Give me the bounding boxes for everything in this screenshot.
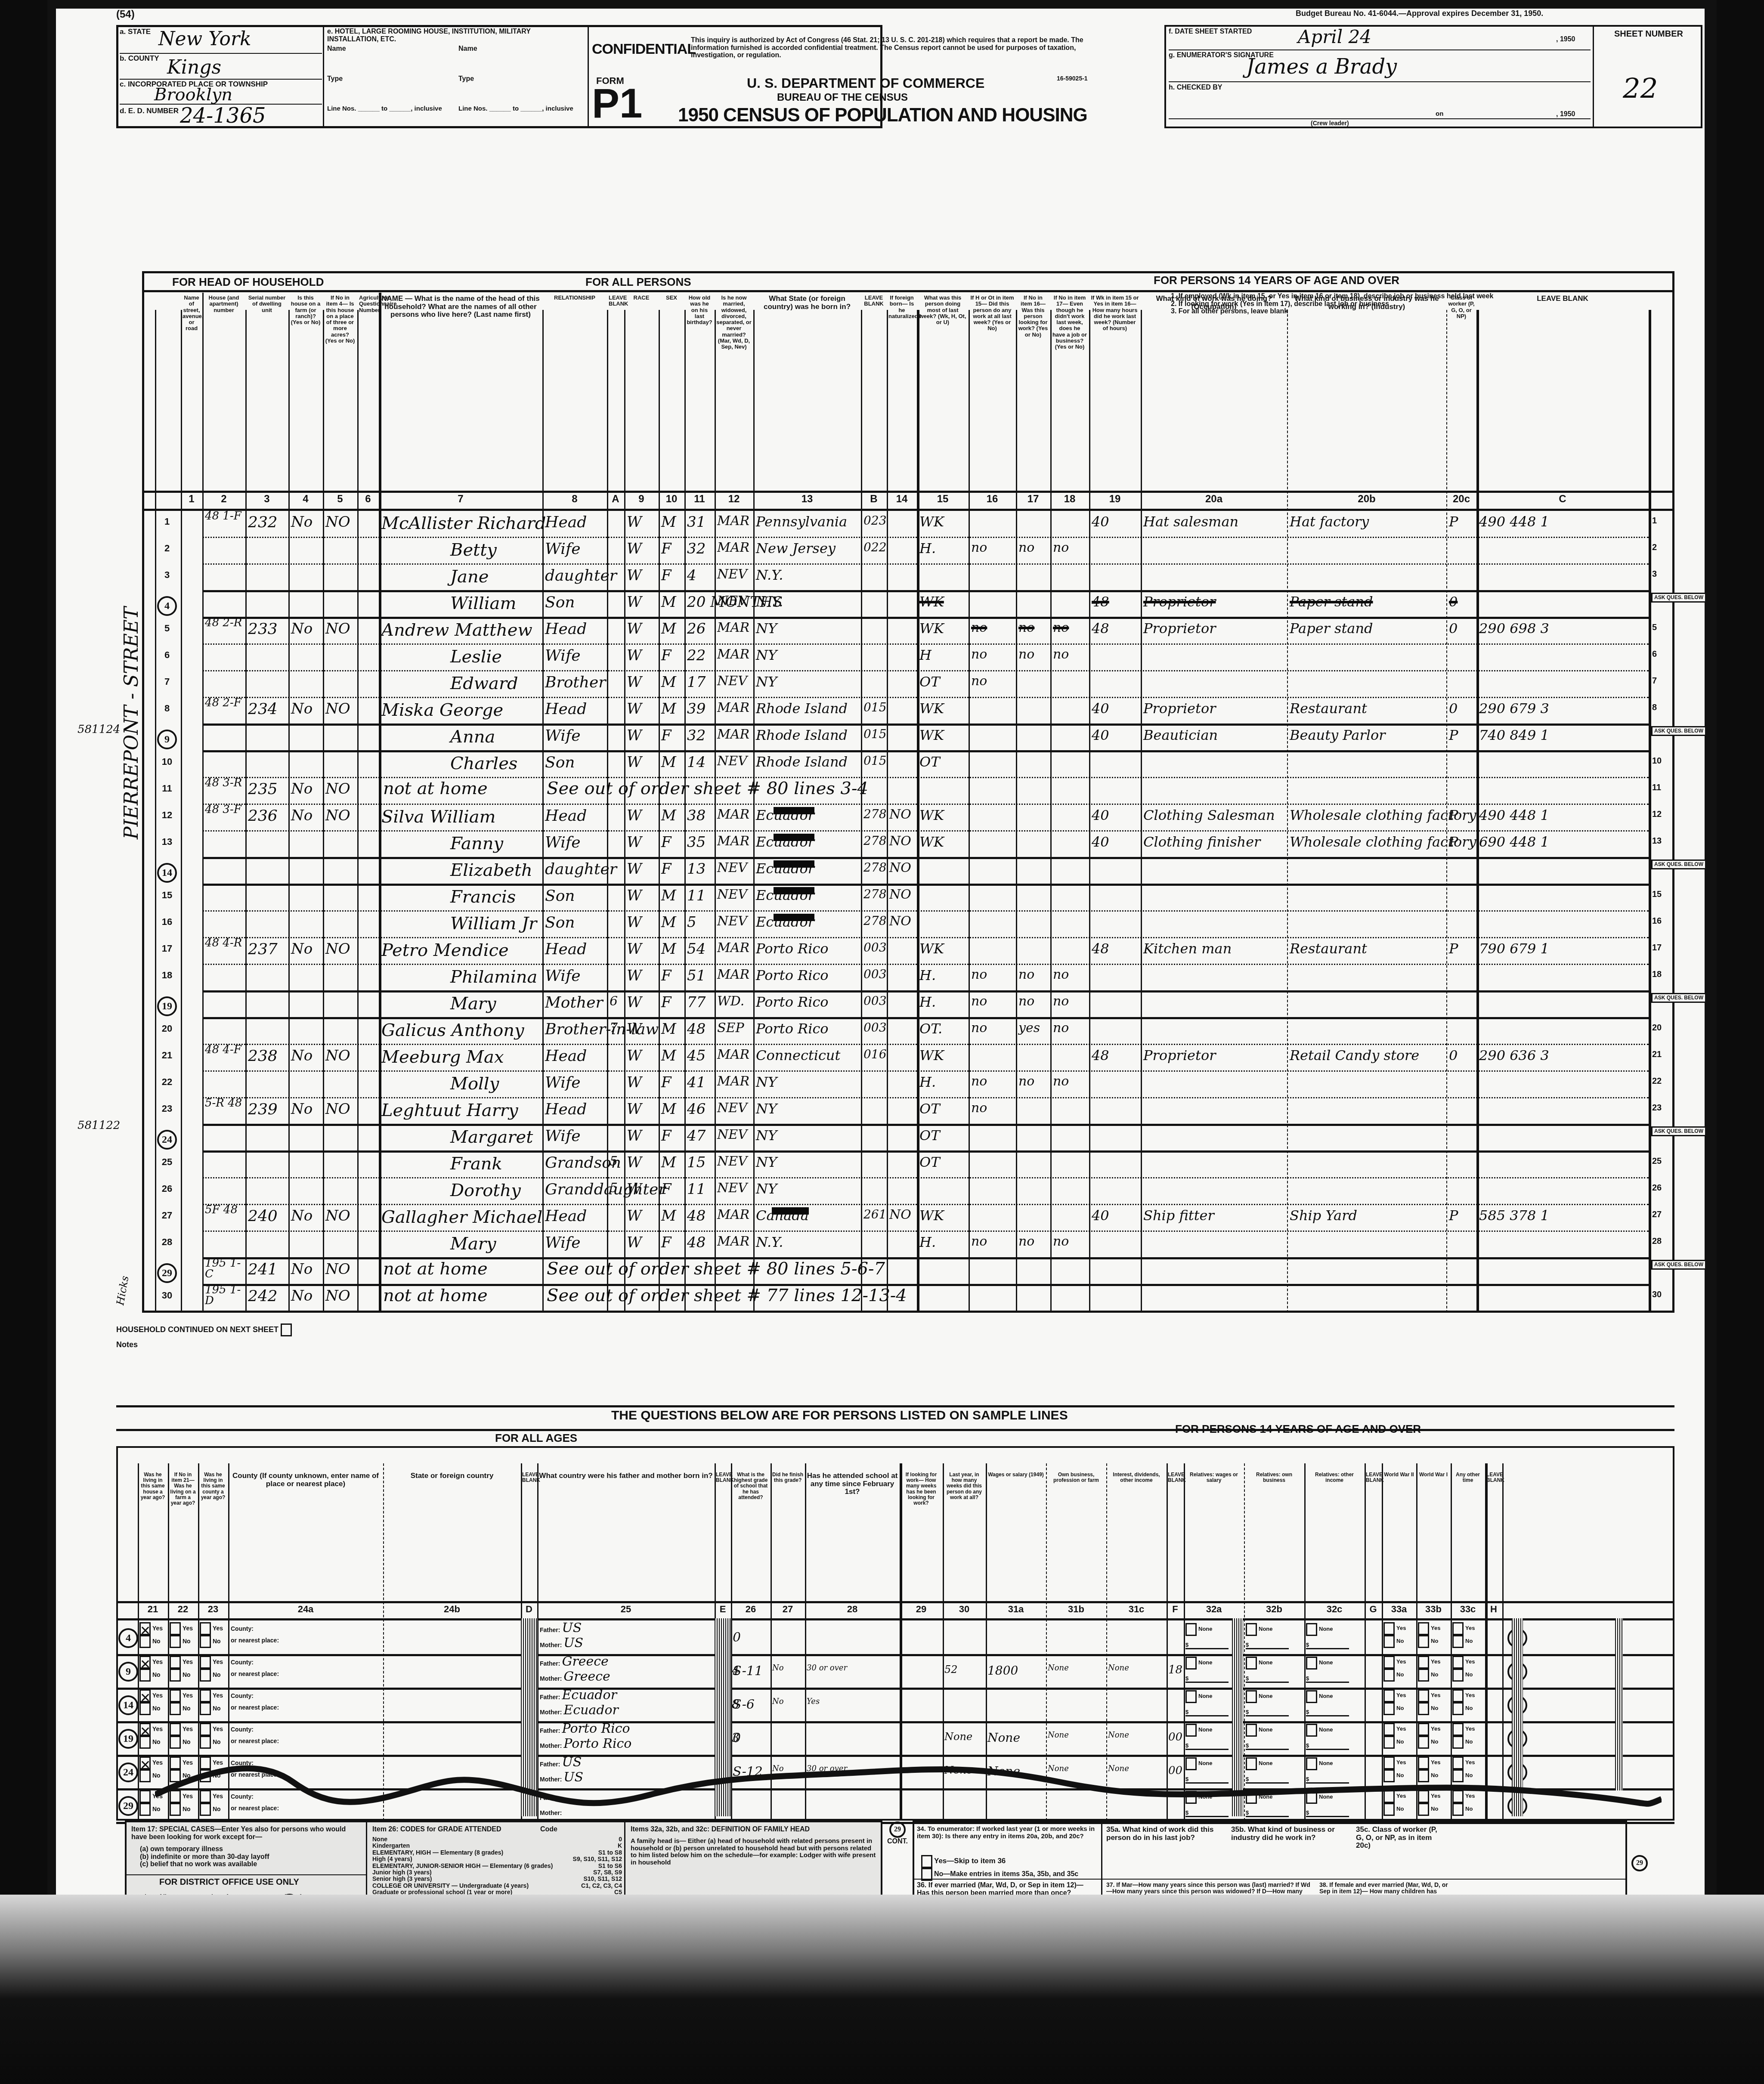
no-checkbox[interactable] (139, 1702, 151, 1715)
sample-weeks-worked-cell: 52 (944, 1663, 958, 1676)
sample-line-marker: 19 (157, 996, 177, 1016)
armed-forces-checkboxes[interactable]: YesNo (1418, 1723, 1440, 1749)
apt-cell: 5-R 48 (205, 1098, 244, 1109)
age-cell: 39 (687, 700, 706, 717)
column-number-12: 12 (715, 493, 753, 505)
b-cell: 003 (863, 994, 886, 1008)
acres-cell: NO (325, 807, 350, 824)
grade-code-item: KindergartenK (372, 1843, 622, 1849)
armed-forces-checkboxes[interactable]: YesNo (1418, 1622, 1440, 1648)
relatives-income-field[interactable]: None$ (1306, 1657, 1349, 1683)
relatives-income-field[interactable]: None$ (1185, 1623, 1229, 1649)
birthplace-cell: Porto Rico (756, 994, 829, 1010)
grid-line (288, 310, 290, 1313)
line-number-right: 6 (1652, 649, 1669, 659)
sample-column-header-27: Did he finish this grade? (772, 1472, 804, 1483)
race-cell: W (627, 807, 642, 824)
q34-text: 34. To enumerator: If worked last year (… (917, 1826, 1098, 1840)
hours-cell: 40 (1092, 513, 1109, 530)
household-continued-checkbox[interactable] (281, 1323, 292, 1336)
birthplace-cell: Rhode Island (756, 754, 848, 770)
line-number: 14 (155, 863, 179, 883)
no-checkbox[interactable] (170, 1702, 181, 1715)
none-checkbox[interactable] (1246, 1657, 1257, 1670)
armed-forces-checkboxes[interactable]: YesNo (1452, 1622, 1475, 1648)
struck-class-cell: 0 (1449, 594, 1458, 610)
confidential-text: This inquiry is authorized by Act of Con… (691, 37, 1113, 59)
sample-column-header-24b: State or foreign country (384, 1472, 520, 1480)
race-cell: W (627, 1181, 642, 1198)
serial-cell: 232 (248, 513, 278, 531)
ed-number-value: 24-1365 (180, 104, 266, 128)
sample-column-number-21: 21 (138, 1604, 168, 1615)
class-cell: P (1449, 834, 1458, 850)
farm-cell: No (291, 1047, 313, 1064)
marital-cell: NEV (717, 1127, 747, 1142)
rel-cell: Head (545, 700, 587, 718)
birthplace-cell: Ecuador (756, 807, 814, 823)
column-header-2: House (and apartment) number (204, 295, 244, 313)
armed-forces-checkboxes[interactable]: YesNo (1418, 1689, 1440, 1715)
no-checkbox[interactable] (1383, 1669, 1395, 1682)
grid-line (887, 310, 888, 1313)
marital-cell: MAR (717, 940, 749, 955)
yes-checkbox[interactable] (139, 1656, 151, 1669)
serial-cell: 234 (248, 700, 278, 718)
activity-cell: WK (919, 513, 944, 530)
relatives-income-field[interactable]: None$ (1185, 1657, 1229, 1683)
q18-cell: no (1053, 540, 1069, 555)
yes-no-checkboxes[interactable]: YesNo (139, 1656, 163, 1682)
yes-checkbox[interactable] (1452, 1689, 1464, 1702)
sex-cell: M (661, 1154, 676, 1171)
column-header-15: What was this person doing most of last … (919, 295, 967, 325)
grid-line (379, 293, 381, 1313)
yes-checkbox[interactable] (170, 1622, 181, 1635)
section-all-persons: FOR ALL PERSONS (585, 275, 691, 289)
age-cell: 31 (687, 513, 706, 531)
name-cell: Miska George (381, 700, 503, 720)
yes-checkbox[interactable] (170, 1723, 181, 1736)
armed-forces-checkboxes[interactable]: YesNo (1383, 1723, 1406, 1749)
sample-business-cell: None (1048, 1731, 1069, 1740)
no-checkbox[interactable] (1452, 1702, 1464, 1715)
table-row: 121248 3-F236NoNOSilva WilliamHeadWM38MA… (56, 804, 1705, 830)
race-cell: W (627, 914, 642, 931)
yes-checkbox[interactable] (1418, 1689, 1429, 1702)
yes-checkbox[interactable] (170, 1689, 181, 1702)
line-number: 21 (155, 1050, 179, 1061)
yes-no-checkboxes[interactable]: YesNo (170, 1723, 193, 1749)
no-checkbox[interactable] (139, 1769, 151, 1782)
table-row: 2525FrankGrandson5WM15NEVNYOT (56, 1150, 1705, 1177)
race-cell: W (627, 1101, 642, 1118)
no-checkbox[interactable] (170, 1736, 181, 1749)
yes-no-checkboxes[interactable]: YesNo (139, 1622, 163, 1648)
column-number-13: 13 (753, 493, 861, 505)
table-row: 66LeslieWifeWF22MARNYHnonono (56, 643, 1705, 670)
yes-no-checkboxes[interactable]: YesNo (200, 1656, 223, 1682)
no-checkbox[interactable] (139, 1635, 151, 1648)
sex-cell: M (661, 1020, 676, 1038)
rel-cell: Wife (545, 1127, 581, 1145)
age-cell: 11 (687, 887, 706, 904)
relatives-income-field[interactable]: None$ (1246, 1623, 1289, 1649)
marital-cell: MAR (717, 967, 749, 982)
sheet-number-label: SHEET NUMBER (1606, 29, 1692, 39)
code-cell: 490 448 1 (1479, 513, 1549, 530)
armed-forces-checkboxes[interactable]: YesNo (1383, 1656, 1406, 1682)
marital-cell: MAR (717, 807, 749, 822)
race-cell: W (627, 513, 642, 531)
name-cell: Fanny (381, 834, 503, 853)
grid-line (917, 310, 919, 1313)
rel-cell: Head (545, 807, 587, 825)
yes-checkbox[interactable] (139, 1790, 151, 1803)
no-checkbox[interactable] (1452, 1669, 1464, 1682)
cont-marker: 29 CONT. (885, 1821, 910, 1846)
b-cell: 003 (863, 940, 886, 955)
table-row: 2828MaryWifeWF48MARN.Y.H.nonono (56, 1231, 1705, 1257)
relatives-income-field[interactable]: None$ (1246, 1724, 1289, 1750)
no-checkbox[interactable] (200, 1736, 211, 1749)
none-checkbox[interactable] (1185, 1657, 1197, 1670)
code-cell: 740 849 1 (1479, 727, 1549, 743)
birthplace-cell: NY (756, 1074, 777, 1090)
column-header-13: What State (or foreign country) was he b… (755, 295, 859, 311)
q18-cell: no (1053, 1234, 1069, 1249)
armed-forces-checkboxes[interactable]: YesNo (1452, 1723, 1475, 1749)
county-field[interactable]: County:or nearest place: (231, 1623, 279, 1646)
yes-checkbox[interactable] (139, 1689, 151, 1702)
column-number-20a: 20a (1141, 493, 1287, 505)
hours-cell: 40 (1092, 834, 1109, 850)
no-checkbox[interactable] (1383, 1736, 1395, 1749)
q34-yes[interactable]: Yes—Skip to item 36 (921, 1855, 1006, 1868)
yes-no-checkboxes[interactable]: YesNo (170, 1622, 193, 1648)
none-checkbox[interactable] (1306, 1657, 1317, 1670)
column-header-4: Is this house on a farm (or ranch)? (Yes… (290, 295, 321, 325)
county-field[interactable]: County:or nearest place: (231, 1657, 279, 1679)
no-checkbox[interactable] (170, 1669, 181, 1682)
no-checkbox[interactable] (139, 1669, 151, 1682)
hours-cell: 40 (1092, 700, 1109, 717)
serial-cell: 239 (248, 1101, 278, 1118)
armed-forces-checkboxes[interactable]: YesNo (1452, 1656, 1475, 1682)
armed-forces-checkboxes[interactable]: YesNo (1418, 1656, 1440, 1682)
line-number-right: 28 (1652, 1237, 1669, 1246)
no-checkbox[interactable] (1452, 1736, 1464, 1749)
name-cell: Leslie (381, 647, 502, 667)
acres-cell: NO (325, 1207, 350, 1224)
none-checkbox[interactable] (1306, 1690, 1317, 1703)
acres-cell: NO (325, 1101, 350, 1118)
sample-column-number-29: 29 (900, 1604, 943, 1615)
no-checkbox[interactable] (1383, 1702, 1395, 1715)
no-checkbox[interactable] (200, 1669, 211, 1682)
yes-checkbox[interactable] (1452, 1723, 1464, 1736)
name-cell: not at home (383, 1286, 488, 1305)
yes-checkbox[interactable] (1418, 1622, 1429, 1635)
sample-column-header-23: Was he living in this same county a year… (199, 1472, 227, 1500)
grid-line (1649, 310, 1651, 1313)
father-birthplace: Ecuador (562, 1688, 617, 1703)
line-number-right: 5 (1652, 623, 1669, 633)
no-checkbox[interactable] (1418, 1635, 1429, 1648)
date-label: f. DATE SHEET STARTED (1169, 28, 1252, 36)
sex-cell: F (661, 1074, 672, 1091)
no-checkbox[interactable] (1418, 1702, 1429, 1715)
armed-forces-checkboxes[interactable]: YesNo (1452, 1689, 1475, 1715)
marital-cell: NEV (717, 1154, 747, 1169)
sample-q28-cell: Yes (807, 1697, 820, 1706)
farm-cell: No (291, 780, 313, 798)
county-field[interactable]: County:or nearest place: (231, 1690, 279, 1713)
relatives-income-field[interactable]: None$ (1246, 1657, 1289, 1683)
race-cell: W (627, 1234, 642, 1251)
yes-checkbox[interactable] (1418, 1723, 1429, 1736)
yes-checkbox[interactable] (200, 1689, 211, 1702)
divider (323, 26, 324, 128)
yes-no-checkboxes[interactable]: YesNo (139, 1723, 163, 1749)
line-number: 11 (155, 783, 179, 794)
column-number-6: 6 (357, 493, 379, 505)
none-checkbox[interactable] (1306, 1724, 1317, 1737)
farm-cell: No (291, 700, 313, 717)
q17-cell: yes (1018, 1020, 1040, 1036)
armed-forces-checkboxes[interactable]: YesNo (1383, 1622, 1406, 1648)
sample-column-number-30: 30 (943, 1604, 986, 1615)
sample-weeks-worked-cell: None (944, 1731, 972, 1743)
no-checkbox[interactable] (139, 1803, 151, 1816)
yes-checkbox[interactable] (1383, 1656, 1395, 1669)
yes-checkbox[interactable] (170, 1656, 181, 1669)
line-number-right: 21 (1652, 1050, 1669, 1060)
struck-hours-cell: 48 (1092, 594, 1109, 610)
sample-line-29-marker: 29 (1631, 1855, 1648, 1871)
yes-checkbox[interactable] (139, 1723, 151, 1736)
marital-cell: NEV (717, 754, 747, 769)
line-number-right: 22 (1652, 1076, 1669, 1086)
yes-no-checkboxes[interactable]: YesNo (200, 1689, 223, 1715)
activity-cell: WK (919, 620, 944, 637)
no-checkbox[interactable] (200, 1702, 211, 1715)
hotel-name-label: Name (327, 45, 346, 53)
activity-cell: H. (919, 967, 936, 983)
none-checkbox[interactable] (1306, 1623, 1317, 1636)
table-row: 8848 2-F234NoNOMiska GeorgeHeadWM39MARRh… (56, 697, 1705, 724)
industry-cell: Paper stand (1290, 620, 1373, 637)
title-block: CONFIDENTIAL This inquiry is authorized … (592, 28, 1164, 127)
yes-checkbox[interactable] (1452, 1656, 1464, 1669)
armed-forces-checkboxes[interactable]: YesNo (1383, 1689, 1406, 1715)
household-continued-label: HOUSEHOLD CONTINUED ON NEXT SHEET (116, 1325, 279, 1334)
birthplace-cell: New Jersey (756, 540, 836, 557)
b-cell: 003 (863, 1020, 886, 1035)
age-cell: 51 (687, 967, 706, 984)
sample-column-header-33c: Any other time (1452, 1472, 1484, 1483)
yes-checkbox[interactable] (1452, 1622, 1464, 1635)
sample-column-number-24b: 24b (383, 1604, 521, 1615)
scan-border-right (1717, 0, 1764, 2084)
yes-checkbox[interactable] (1383, 1622, 1395, 1635)
column-header-c: LEAVE BLANK (1478, 295, 1647, 303)
name-cell: Anna (381, 727, 495, 747)
column-header-a: LEAVE BLANK (609, 295, 622, 307)
yes-checkbox[interactable] (1418, 1656, 1429, 1669)
sample-row: 1919YesNoYesNoYesNoCounty:or nearest pla… (56, 1721, 1705, 1755)
sex-cell: M (661, 1207, 676, 1224)
grid-line (323, 310, 324, 1313)
occupation-cell: Clothing Salesman (1143, 807, 1275, 823)
none-checkbox[interactable] (1246, 1724, 1257, 1737)
rel-cell: Wife (545, 967, 581, 985)
nat-cell: NO (889, 834, 911, 849)
farm-cell: No (291, 1101, 313, 1118)
grade-code-header: Code (540, 1826, 557, 1834)
name-cell: Galicus Anthony (381, 1020, 524, 1040)
sample-column-number-f: F (1167, 1604, 1184, 1615)
relatives-income-field[interactable]: None$ (1246, 1690, 1289, 1716)
marital-cell: NEV (717, 860, 747, 875)
sample-column-number-22: 22 (168, 1604, 198, 1615)
table-row: 1010CharlesSonWM14NEVRhode Island015OT (56, 750, 1705, 777)
table-row-sample-line: ASK QUES. BELOW24MargaretWifeWF47NEVNYOT (56, 1124, 1705, 1150)
table-row-sample-line: ASK QUES. BELOW29not at homeSee out of o… (56, 1257, 1705, 1284)
hours-cell: 40 (1092, 807, 1109, 823)
relatives-income-field[interactable]: None$ (1185, 1724, 1229, 1750)
yes-checkbox[interactable] (139, 1622, 151, 1635)
rel-cell: Son (545, 914, 575, 931)
strike-out-line (155, 1756, 1662, 1816)
column-header-6: Agriculture Questionnaire Number (359, 295, 377, 313)
hotel-name-label-2: Name (458, 45, 477, 53)
no-checkbox[interactable] (139, 1736, 151, 1749)
name-cell: Margaret (381, 1127, 533, 1147)
yes-checkbox[interactable] (200, 1656, 211, 1669)
corner-code: (54) (116, 9, 135, 21)
age-cell: 32 (687, 540, 706, 557)
line-number: 7 (155, 676, 179, 687)
yes-no-checkboxes[interactable]: YesNo (170, 1689, 193, 1715)
table-row-sample-line: ASK QUES. BELOW4WilliamSonWM20 MONTHSNEV… (56, 590, 1705, 617)
column-number-c: C (1476, 493, 1649, 505)
serial-cell: 233 (248, 620, 278, 638)
yes-checkbox[interactable] (200, 1622, 211, 1635)
none-checkbox[interactable] (1185, 1623, 1197, 1636)
sample-line-marker: 9 (118, 1662, 138, 1682)
relatives-income-field[interactable]: None$ (1306, 1690, 1349, 1716)
birthplace-cell: Rhode Island (756, 727, 848, 743)
line-number-right: 8 (1652, 703, 1669, 713)
yes-no-checkboxes[interactable]: YesNo (200, 1723, 223, 1749)
table-row: 27275F 48240NoNOGallagher MichaelHeadWM4… (56, 1204, 1705, 1231)
sex-cell: M (661, 620, 676, 637)
race-cell: W (627, 940, 642, 958)
line-number: 12 (155, 810, 179, 821)
yes-no-checkboxes[interactable]: YesNo (139, 1689, 163, 1715)
race-cell: W (627, 1127, 642, 1144)
q17-cell: no (1018, 620, 1034, 635)
marital-cell: MAR (717, 1234, 749, 1249)
column-number-20c: 20c (1446, 493, 1476, 505)
sample-column-number-24a: 24a (228, 1604, 383, 1615)
birthplace-cell: N.Y. (756, 594, 783, 610)
birthplace-cell: Ecuador (756, 887, 814, 903)
no-checkbox[interactable] (1452, 1635, 1464, 1648)
table-row: 33JanedaughterWF4NEVN.Y. (56, 563, 1705, 590)
activity-cell: OT (919, 1154, 940, 1170)
line-number: 19 (155, 996, 179, 1016)
relatives-income-field[interactable]: None$ (1185, 1690, 1229, 1716)
column-header-17: If No in item 16— Was this person lookin… (1018, 295, 1049, 338)
no-checkbox[interactable] (170, 1635, 181, 1648)
apt-cell: 5F 48 (205, 1205, 244, 1215)
serial-cell: 240 (248, 1207, 278, 1225)
column-number-b: B (861, 493, 887, 505)
county-field[interactable]: County:or nearest place: (231, 1724, 279, 1747)
code-cell: 790 679 1 (1479, 940, 1549, 957)
name-cell: Jane (381, 567, 489, 587)
marital-cell: MAR (717, 1074, 749, 1089)
no-checkbox[interactable] (1383, 1635, 1395, 1648)
table-row: 1111not at homeSee out of order sheet # … (56, 777, 1705, 804)
relatives-income-field[interactable]: None$ (1306, 1623, 1349, 1649)
yes-checkbox[interactable] (139, 1756, 151, 1769)
name-cell: Edward (381, 674, 518, 693)
name-cell: Elizabeth (381, 860, 532, 880)
a-cell: 5 (610, 1181, 618, 1196)
grid-line (753, 310, 755, 1313)
form-id: P1 (592, 83, 642, 124)
yes-checkbox[interactable] (1383, 1689, 1395, 1702)
age-cell: 77 (687, 994, 706, 1011)
sample-column-header-e: LEAVE BLANK (716, 1472, 730, 1483)
sex-cell: M (661, 1101, 676, 1118)
no-checkbox[interactable] (200, 1635, 211, 1648)
relatives-income-field[interactable]: None$ (1306, 1724, 1349, 1750)
column-number-1: 1 (181, 493, 202, 505)
no-checkbox[interactable] (1418, 1669, 1429, 1682)
activity-cell: H. (919, 540, 936, 557)
yes-checkbox[interactable] (1383, 1723, 1395, 1736)
year-suffix: , 1950 (1556, 36, 1575, 43)
apt-cell: 48 4-F (205, 1045, 244, 1055)
yes-no-checkboxes[interactable]: YesNo (200, 1622, 223, 1648)
none-checkbox[interactable] (1185, 1690, 1197, 1703)
line-number: 9 (155, 730, 179, 749)
grid-line (181, 310, 182, 1313)
none-checkbox[interactable] (1185, 1724, 1197, 1737)
header-number-divider (142, 491, 1674, 493)
sample-row: 1414YesNoYesNoYesNoCounty:or nearest pla… (56, 1688, 1705, 1721)
none-checkbox[interactable] (1246, 1690, 1257, 1703)
family-head-text: A family head is— Either (a) head of hou… (631, 1838, 876, 1866)
divider (120, 79, 322, 80)
line-number-right: 25 (1652, 1156, 1669, 1166)
birthplace-cell: NY (756, 674, 777, 690)
b-cell: 278 (863, 914, 886, 928)
yes-checkbox[interactable] (200, 1723, 211, 1736)
yes-no-checkboxes[interactable]: YesNo (170, 1656, 193, 1682)
line-number: 6 (155, 649, 179, 661)
marital-cell: NEV (717, 914, 747, 929)
activity-cell: WK (919, 1207, 944, 1224)
occupation-cell: Proprietor (1143, 1047, 1216, 1064)
none-checkbox[interactable] (1246, 1623, 1257, 1636)
no-checkbox[interactable] (1418, 1736, 1429, 1749)
line-number: 8 (155, 703, 179, 714)
